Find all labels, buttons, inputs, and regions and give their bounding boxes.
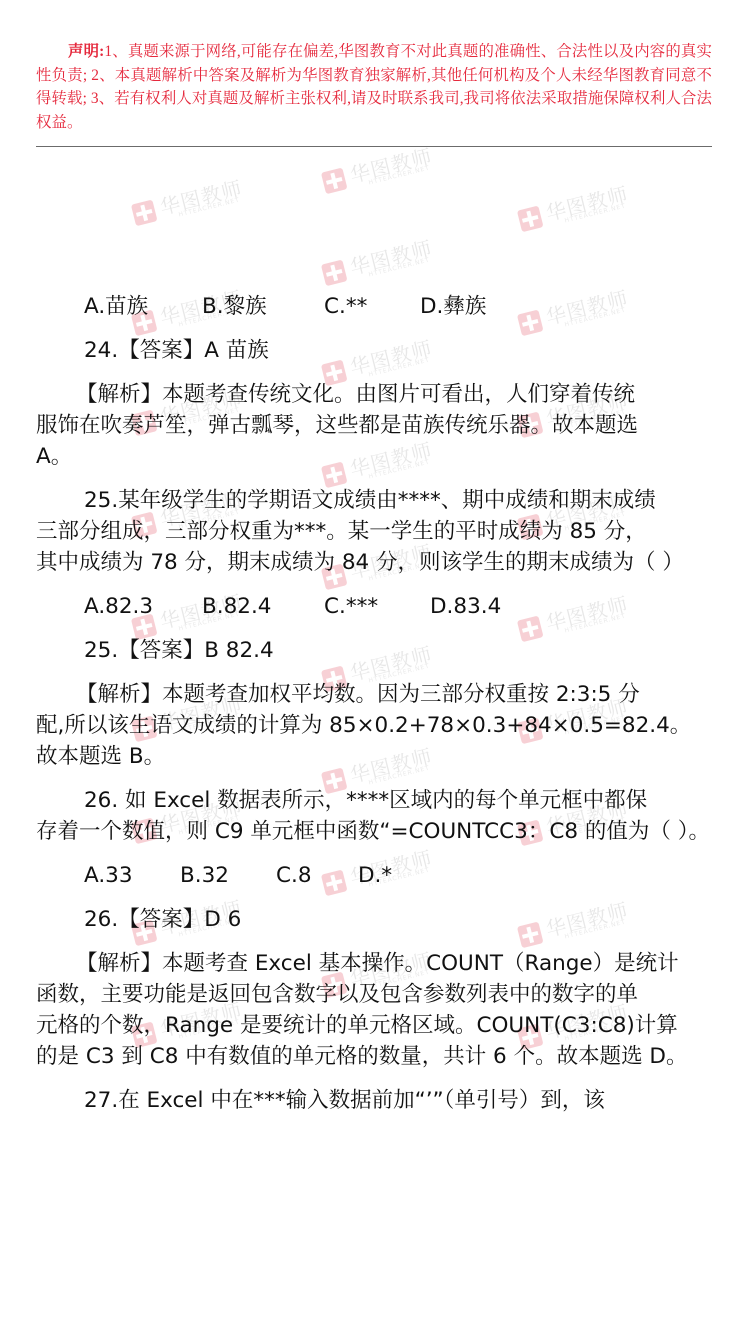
option-d: D.* <box>358 862 392 890</box>
q26-analysis-line: 函数，主要功能是返回包含数字以及包含参数列表中的数字的单 <box>36 981 712 1009</box>
option-a: A.82.3 <box>84 593 202 621</box>
watermark: 华图教师HTTEACHER.NET <box>318 134 445 206</box>
q24-analysis-line: A。 <box>36 443 712 471</box>
q26-question-line: 存着一个数值，则 C9 单元框中函数“=COUNTCC3：C8 的值为（ ）。 <box>36 818 712 846</box>
disclaimer: 声明:1、真题来源于网络,可能存在偏差,华图教育不对此真题的准确性、合法性以及内… <box>36 40 712 134</box>
q26-answer: 26.【答案】D 6 <box>84 906 712 934</box>
watermark: 华图教师HTTEACHER.NET <box>318 226 445 298</box>
watermark: 华图教师HTTEACHER.NET <box>128 166 255 238</box>
q26-analysis-line: 的是 C3 到 C8 中有数值的单元格的数量，共计 6 个。故本题选 D。 <box>36 1043 712 1071</box>
watermark-logo-icon <box>131 200 158 227</box>
option-c: C.*** <box>324 593 430 621</box>
option-d: D.83.4 <box>430 593 501 621</box>
q25-question-line: 三部分组成，三部分权重为***。某一学生的平时成绩为 85 分， <box>36 518 712 546</box>
option-d: D.彝族 <box>420 293 486 321</box>
option-b: B.32 <box>180 862 276 890</box>
q27-question-line: 27.在 Excel 中在***输入数据前加“’”（单引号）到，该 <box>84 1087 712 1115</box>
q24-options: A.苗族B.黎族C.**D.彝族 <box>84 293 712 321</box>
q24-analysis-line: 服饰在吹奏芦笙，弹古瓢琴，这些都是苗族传统乐器。故本题选 <box>36 412 712 440</box>
q25-analysis-line: 故本题选 B。 <box>36 743 712 771</box>
disclaimer-lead: 声明: <box>68 43 104 60</box>
q24-analysis-line: 【解析】本题考查传统文化。由图片可看出，人们穿着传统 <box>76 381 704 409</box>
q25-analysis-line: 配,所以该生语文成绩的计算为 85×0.2+78×0.3+84×0.5=82.4… <box>36 712 712 740</box>
q25-analysis-line: 【解析】本题考查加权平均数。因为三部分权重按 2:3:5 分 <box>76 681 704 709</box>
option-c: C.** <box>324 293 420 321</box>
header-divider <box>36 146 712 147</box>
watermark: 华图教师HTTEACHER.NET <box>514 172 641 244</box>
q26-analysis-line: 元格的个数，Range 是要统计的单元格区域。COUNT(C3:C8)计算 <box>36 1012 712 1040</box>
option-b: B.黎族 <box>202 293 324 321</box>
watermark-logo-icon <box>321 260 348 287</box>
q26-analysis-line: 【解析】本题考查 Excel 基本操作。COUNT（Range）是统计 <box>76 950 704 978</box>
q26-question-line: 26. 如 Excel 数据表所示，****区域内的每个单元框中都保 <box>84 787 712 815</box>
q24-answer: 24.【答案】A 苗族 <box>84 337 712 365</box>
option-c: C.8 <box>276 862 358 890</box>
document-page: 声明:1、真题来源于网络,可能存在偏差,华图教育不对此真题的准确性、合法性以及内… <box>0 0 748 1335</box>
watermark-logo-icon <box>517 206 544 233</box>
q25-question-line: 其中成绩为 78 分，期末成绩为 84 分，则该学生的期末成绩为（ ） <box>36 549 712 577</box>
disclaimer-text: 1、真题来源于网络,可能存在偏差,华图教育不对此真题的准确性、合法性以及内容的真… <box>36 43 712 131</box>
q25-question-line: 25.某年级学生的学期语文成绩由****、期中成绩和期末成绩 <box>84 487 712 515</box>
option-a: A.苗族 <box>84 293 202 321</box>
q26-options: A.33B.32C.8D.* <box>84 862 712 890</box>
watermark-logo-icon <box>321 168 348 195</box>
q25-options: A.82.3B.82.4C.***D.83.4 <box>84 593 712 621</box>
option-a: A.33 <box>84 862 180 890</box>
q25-answer: 25.【答案】B 82.4 <box>84 637 712 665</box>
option-b: B.82.4 <box>202 593 324 621</box>
